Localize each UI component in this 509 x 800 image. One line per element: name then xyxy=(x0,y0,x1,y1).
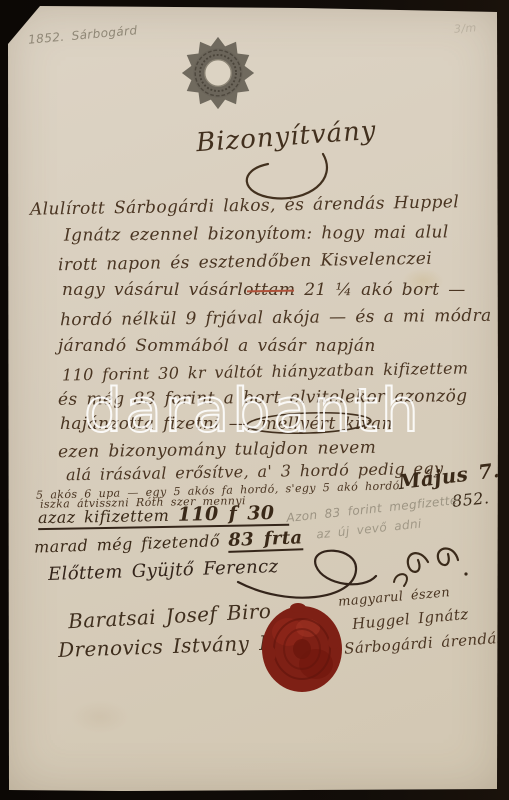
body-line: Ignátz ezennel bizonyítom: hogy mai alul xyxy=(64,222,449,245)
wax-seal xyxy=(258,602,346,696)
amount-paid: 110 f 30 xyxy=(178,502,275,526)
embossed-rosette-stamp-icon xyxy=(180,34,256,112)
witness-flourish xyxy=(232,538,382,600)
body-line: járandó Sommából a vásár napján xyxy=(58,336,376,356)
photo-background: 1852. Sárbogárd 3/m Bizonyítvány Alulíro… xyxy=(0,0,509,800)
paid-prefix: azaz kifizettem xyxy=(38,506,170,527)
paid-total-line: azaz kifizettem 110 f 30 xyxy=(38,502,289,530)
paper-sheet: 1852. Sárbogárd 3/m Bizonyítvány Alulíro… xyxy=(0,0,509,800)
pencil-note-number: 3/m xyxy=(454,21,477,36)
darabanth-watermark: darabanth xyxy=(84,376,422,446)
